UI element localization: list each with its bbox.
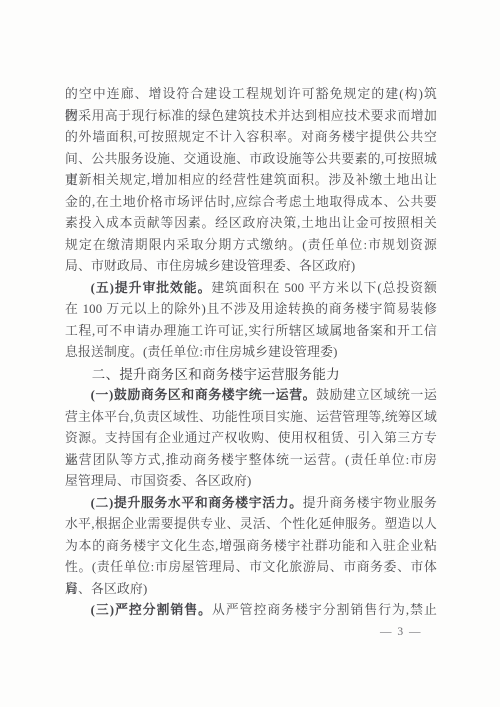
text-line: 息报送制度。(责任单位:市住房城乡建设管理委) [65,342,437,364]
text-line: (一)鼓励商务区和商务楼宇统一运营。鼓励建立区域统一运 [65,385,437,407]
body-text-segment: 金的,在土地价格市场评估时,应综合考虑土地取得成本、公共要 [65,195,437,209]
body-text-segment: 工程,可不申请办理施工许可证,实行所辖区域属地备案和开工信 [65,324,437,338]
body-text-segment: 运营团队等方式,推动商务楼宇整体统一运营。(责任单位:市房 [65,453,437,467]
body-text-segment: 水平,根据企业需要提供专业、灵活、个性化延伸服务。塑造以人 [65,517,437,531]
text-line: 营主体平台,负责区域性、功能性项目实施、运营管理等,统筹区域 [65,407,437,429]
text-line: 资源。支持国有企业通过产权收购、使用权租赁、引入第三方专业 [65,428,437,450]
text-line: 的外墙面积,可按照规定不计入容积率。对商务楼宇提供公共空 [65,127,437,149]
body-text-segment: 的外墙面积,可按照规定不计入容积率。对商务楼宇提供公共空 [65,130,437,144]
text-line: 水平,根据企业需要提供专业、灵活、个性化延伸服务。塑造以人 [65,514,437,536]
item-title-segment: (三)严控分割销售。 [91,603,212,617]
text-line: 运营团队等方式,推动商务楼宇整体统一运营。(责任单位:市房 [65,450,437,472]
text-line: 因采用高于现行标准的绿色建筑技术并达到相应技术要求而增加 [65,106,437,128]
body-text-segment: 局、市财政局、市住房城乡建设管理委、各区政府) [65,259,355,273]
body-text-segment: 息报送制度。(责任单位:市住房城乡建设管理委) [65,345,338,359]
body-text-segment: 局、各区政府) [65,582,147,596]
text-block: 的空中连廊、增设符合建设工程规划许可豁免规定的建(构)筑物、因采用高于现行标准的… [65,84,437,622]
body-text-segment: 素投入成本贡献等因素。经区政府决策,土地出让金可按照相关 [65,216,437,230]
text-line: 素投入成本贡献等因素。经区政府决策,土地出让金可按照相关 [65,213,437,235]
section-heading: 二、提升商务区和商务楼宇运营服务能力 [65,364,437,386]
page-number: — 3 — [380,626,422,638]
text-line: 屋管理局、市国资委、各区政府) [65,471,437,493]
text-line: 局、市财政局、市住房城乡建设管理委、各区政府) [65,256,437,278]
scanned-document-page: 的空中连廊、增设符合建设工程规划许可豁免规定的建(构)筑物、因采用高于现行标准的… [0,0,500,707]
text-line: (二)提升服务水平和商务楼宇活力。提升商务楼宇物业服务 [65,493,437,515]
body-text-segment: 鼓励建立区域统一运 [316,388,437,402]
text-line: 的空中连廊、增设符合建设工程规划许可豁免规定的建(构)筑物、 [65,84,437,106]
text-line: (五)提升审批效能。建筑面积在 500 平方米以下(总投资额 [65,278,437,300]
text-line: 在 100 万元以上的除外)且不涉及用途转换的商务楼宇简易装修 [65,299,437,321]
text-line: (三)严控分割销售。从严管控商务楼宇分割销售行为,禁止 [65,600,437,622]
text-line: 金的,在土地价格市场评估时,应综合考虑土地取得成本、公共要 [65,192,437,214]
item-title-segment: (二)提升服务水平和商务楼宇活力。 [91,496,303,510]
text-line: 局、各区政府) [65,579,437,601]
body-text-segment: 为本的商务楼宇文化生态,增强商务楼宇社群功能和入驻企业粘 [65,539,437,553]
body-text-segment: 提升商务楼宇物业服务 [303,496,437,510]
body-text-segment: 因采用高于现行标准的绿色建筑技术并达到相应技术要求而增加 [65,109,437,123]
body-text-segment: 营主体平台,负责区域性、功能性项目实施、运营管理等,统筹区域 [65,410,437,424]
text-line: 规定在缴清期限内采取分期方式缴纳。(责任单位:市规划资源 [65,235,437,257]
body-text-segment: 更新相关规定,增加相应的经营性建筑面积。涉及补缴土地出让 [65,173,437,187]
body-text-segment: 建筑面积在 500 平方米以下(总投资额 [211,281,437,295]
body-text-segment: 在 100 万元以上的除外)且不涉及用途转换的商务楼宇简易装修 [65,302,437,316]
item-title-segment: (五)提升审批效能。 [91,281,212,295]
body-text-segment: 规定在缴清期限内采取分期方式缴纳。(责任单位:市规划资源 [65,238,437,252]
text-line: 间、公共服务设施、交通设施、市政设施等公共要素的,可按照城市 [65,149,437,171]
item-title-segment: (一)鼓励商务区和商务楼宇统一运营。 [91,388,317,402]
text-line: 性。(责任单位:市房屋管理局、市文化旅游局、市商务委、市体育 [65,557,437,579]
text-line: 工程,可不申请办理施工许可证,实行所辖区域属地备案和开工信 [65,321,437,343]
body-text-segment: 从严管控商务楼宇分割销售行为,禁止 [212,603,437,617]
text-line: 更新相关规定,增加相应的经营性建筑面积。涉及补缴土地出让 [65,170,437,192]
text-line: 为本的商务楼宇文化生态,增强商务楼宇社群功能和入驻企业粘 [65,536,437,558]
body-text-segment: 二、提升商务区和商务楼宇运营服务能力 [92,367,340,382]
body-text-segment: 屋管理局、市国资委、各区政府) [65,474,251,488]
